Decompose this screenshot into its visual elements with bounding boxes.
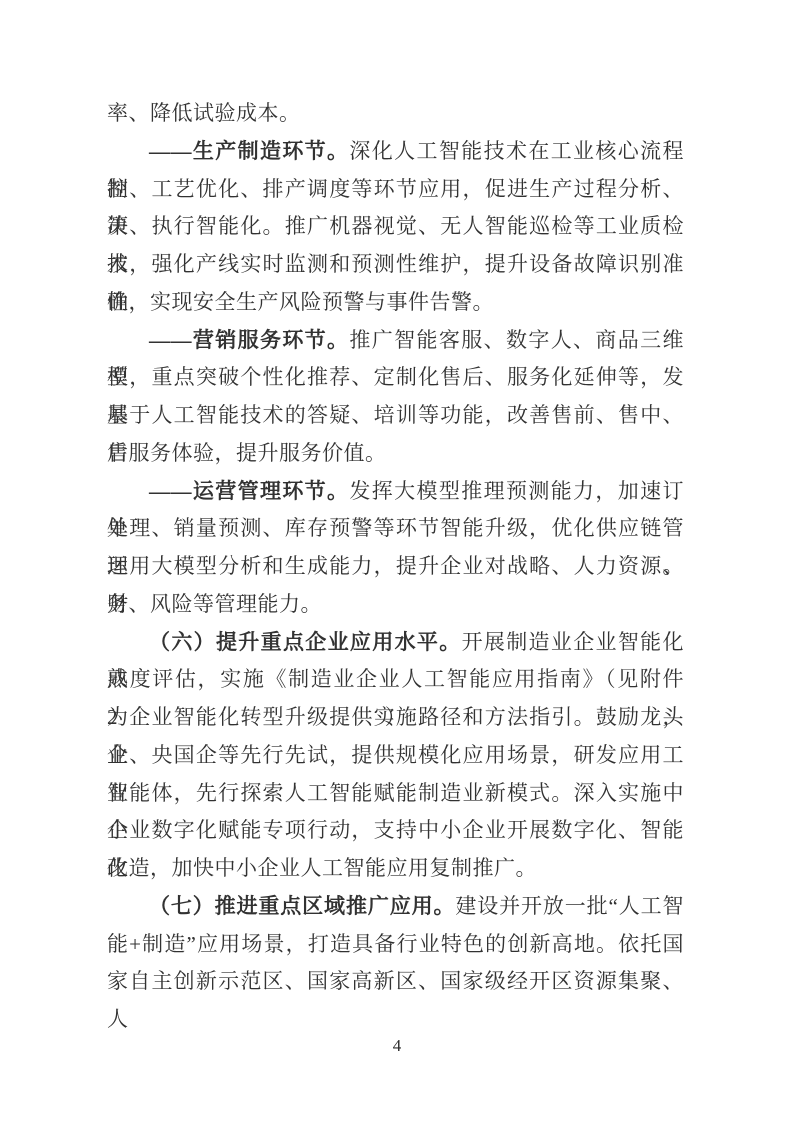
text-line: 智能体，先行探索人工智能赋能制造业新模式。深入实施中小 [107,775,684,813]
text-line: 性，实现安全生产风险预警与事件告警。 [107,284,684,322]
text-line: 家自主创新示范区、国家高新区、国家级经开区资源集聚、人 [107,963,684,1001]
line-lead: ——营销服务环节。 [149,328,349,352]
line-text: 建设并开放一批“人工智 [455,894,684,918]
text-line: 处理、销量预测、库存预警等环节智能升级，优化供应链管理。 [107,510,684,548]
text-line: 改造，加快中小企业人工智能应用复制推广。 [107,850,684,888]
line-text: 后服务体验，提升服务价值。 [107,441,387,465]
text-line: 务、风险等管理能力。 [107,586,684,624]
text-line: ——营销服务环节。推广智能客服、数字人、商品三维模 [107,322,684,360]
line-lead: （六）提升重点企业应用水平。 [149,630,462,654]
line-lead: ——运营管理环节。 [149,479,349,503]
text-line: 为企业智能化转型升级提供实施路径和方法指引。鼓励龙头企 [107,699,684,737]
text-line: 率、降低试验成本。 [107,95,684,133]
document-page: 率、降低试验成本。——生产制造环节。深化人工智能技术在工业核心流程控制、工艺优化… [0,0,794,1123]
text-line: 基于人工智能技术的答疑、培训等功能，改善售前、售中、售 [107,397,684,435]
page-number: 4 [0,1034,794,1058]
text-line: 型，重点突破个性化推荐、定制化售后、服务化延伸等，发展 [107,359,684,397]
line-lead: ——生产制造环节。 [149,139,349,163]
line-text: 改造，加快中小企业人工智能应用复制推广。 [107,856,537,880]
text-line: 企业数字化赋能专项行动，支持中小企业开展数字化、智能化 [107,812,684,850]
line-text: 性，实现安全生产风险预警与事件告警。 [107,290,494,314]
text-line: 术，强化产线实时监测和预测性维护，提升设备故障识别准确 [107,246,684,284]
text-line: 策、执行智能化。推广机器视觉、无人智能巡检等工业质检技 [107,208,684,246]
text-line: （六）提升重点企业应用水平。开展制造业企业智能化成 [107,624,684,662]
line-text: 率、降低试验成本。 [107,101,301,125]
text-line: 业、央国企等先行先试，提供规模化应用场景，研发应用工业 [107,737,684,775]
text-line: （七）推进重点区域推广应用。建设并开放一批“人工智 [107,888,684,926]
text-line: 熟度评估，实施《制造业企业人工智能应用指南》（见附件 2）， [107,661,684,699]
text-line: 能+制造”应用场景，打造具备行业特色的创新高地。依托国 [107,926,684,964]
line-text: 务、风险等管理能力。 [107,592,322,616]
line-lead: （七）推进重点区域推广应用。 [149,894,455,918]
text-line: ——运营管理环节。发挥大模型推理预测能力，加速订单 [107,473,684,511]
line-text: 家自主创新示范区、国家高新区、国家级经开区资源集聚、人 [107,969,684,1031]
text-line: ——生产制造环节。深化人工智能技术在工业核心流程控 [107,133,684,171]
document-body: 率、降低试验成本。——生产制造环节。深化人工智能技术在工业核心流程控制、工艺优化… [107,95,684,1001]
text-line: 制、工艺优化、排产调度等环节应用，促进生产过程分析、决 [107,171,684,209]
text-line: 后服务体验，提升服务价值。 [107,435,684,473]
line-text: 能+制造”应用场景，打造具备行业特色的创新高地。依托国 [107,932,684,956]
text-line: 运用大模型分析和生成能力，提升企业对战略、人力资源、财 [107,548,684,586]
